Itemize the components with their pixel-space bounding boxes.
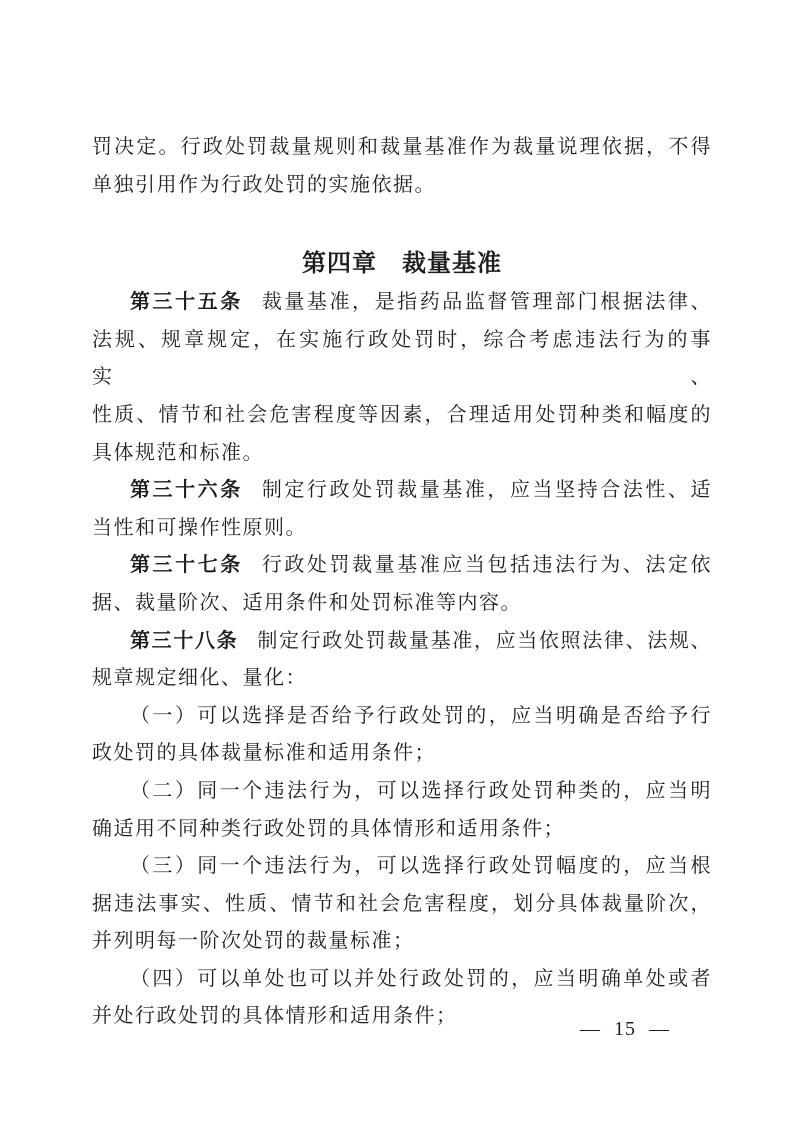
- article-paragraph: 第三十七条行政处罚裁量基准应当包括违法行为、法定依据、裁量阶次、适用条件和处罚标…: [92, 547, 712, 622]
- text-line: 据、裁量阶次、适用条件和处罚标准等内容。: [92, 585, 712, 623]
- text-line: 并列明每一阶次处罚的裁量标准；: [92, 923, 712, 961]
- article-number: 第三十五条: [130, 291, 243, 313]
- text-line: 法规、规章规定，在实施行政处罚时，综合考虑违法行为的事实、: [92, 322, 712, 397]
- article-paragraph: 第三十八条制定行政处罚裁量基准，应当依照法律、法规、规章规定细化、量化：: [92, 623, 712, 698]
- article-text: 裁量基准，是指药品监督管理部门根据法律、: [262, 291, 712, 313]
- text-line: 具体规范和标准。: [92, 435, 712, 473]
- article-number: 第三十八条: [130, 630, 238, 652]
- article-text: 制定行政处罚裁量基准，应当坚持合法性、适: [262, 479, 712, 501]
- text-line: 据违法事实、性质、情节和社会危害程度，划分具体裁量阶次，: [92, 886, 712, 924]
- list-item-paragraph: （三）同一个违法行为，可以选择行政处罚幅度的，应当根据违法事实、性质、情节和社会…: [92, 848, 712, 961]
- text-line: 单独引用作为行政处罚的实施依据。: [92, 167, 712, 205]
- text-line: 罚决定。行政处罚裁量规则和裁量基准作为裁量说理依据，不得: [92, 129, 712, 167]
- article-paragraph: 第三十六条制定行政处罚裁量基准，应当坚持合法性、适当性和可操作性原则。: [92, 472, 712, 547]
- text-line: 确适用不同种类行政处罚的具体情形和适用条件；: [92, 811, 712, 849]
- page-footer: — 15 —: [580, 1014, 670, 1044]
- text-line: 规章规定细化、量化：: [92, 660, 712, 698]
- text-line: （三）同一个违法行为，可以选择行政处罚幅度的，应当根: [92, 848, 712, 886]
- text-line: （二）同一个违法行为，可以选择行政处罚种类的，应当明: [92, 773, 712, 811]
- text-line: （一）可以选择是否给予行政处罚的，应当明确是否给予行: [92, 698, 712, 736]
- list-item-paragraph: （一）可以选择是否给予行政处罚的，应当明确是否给予行政处罚的具体裁量标准和适用条…: [92, 698, 712, 773]
- document-page: 罚决定。行政处罚裁量规则和裁量基准作为裁量说理依据，不得 单独引用作为行政处罚的…: [0, 0, 793, 1122]
- text-line: 第三十五条裁量基准，是指药品监督管理部门根据法律、: [92, 284, 712, 322]
- article-number: 第三十七条: [130, 554, 243, 576]
- article-text: 制定行政处罚裁量基准，应当依照法律、法规、: [257, 630, 712, 652]
- chapter-heading: 第四章 裁量基准: [92, 244, 712, 284]
- text-line: 第三十八条制定行政处罚裁量基准，应当依照法律、法规、: [92, 623, 712, 661]
- text-line: （四）可以单处也可以并处行政处罚的，应当明确单处或者: [92, 961, 712, 999]
- text-line: 第三十六条制定行政处罚裁量基准，应当坚持合法性、适: [92, 472, 712, 510]
- article-number: 第三十六条: [130, 479, 243, 501]
- page-number: — 15 —: [580, 1018, 670, 1040]
- text-line: 第三十七条行政处罚裁量基准应当包括违法行为、法定依: [92, 547, 712, 585]
- continuation-paragraph: 罚决定。行政处罚裁量规则和裁量基准作为裁量说理依据，不得 单独引用作为行政处罚的…: [92, 129, 712, 204]
- text-line: 性质、情节和社会危害程度等因素，合理适用处罚种类和幅度的: [92, 397, 712, 435]
- text-line: 当性和可操作性原则。: [92, 510, 712, 548]
- article-paragraph: 第三十五条裁量基准，是指药品监督管理部门根据法律、法规、规章规定，在实施行政处罚…: [92, 284, 712, 472]
- list-item-paragraph: （二）同一个违法行为，可以选择行政处罚种类的，应当明确适用不同种类行政处罚的具体…: [92, 773, 712, 848]
- page-content: 罚决定。行政处罚裁量规则和裁量基准作为裁量说理依据，不得 单独引用作为行政处罚的…: [92, 129, 712, 1036]
- article-text: 行政处罚裁量基准应当包括违法行为、法定依: [262, 554, 712, 576]
- article-paragraphs: 第三十五条裁量基准，是指药品监督管理部门根据法律、法规、规章规定，在实施行政处罚…: [92, 284, 712, 1036]
- text-line: 政处罚的具体裁量标准和适用条件；: [92, 735, 712, 773]
